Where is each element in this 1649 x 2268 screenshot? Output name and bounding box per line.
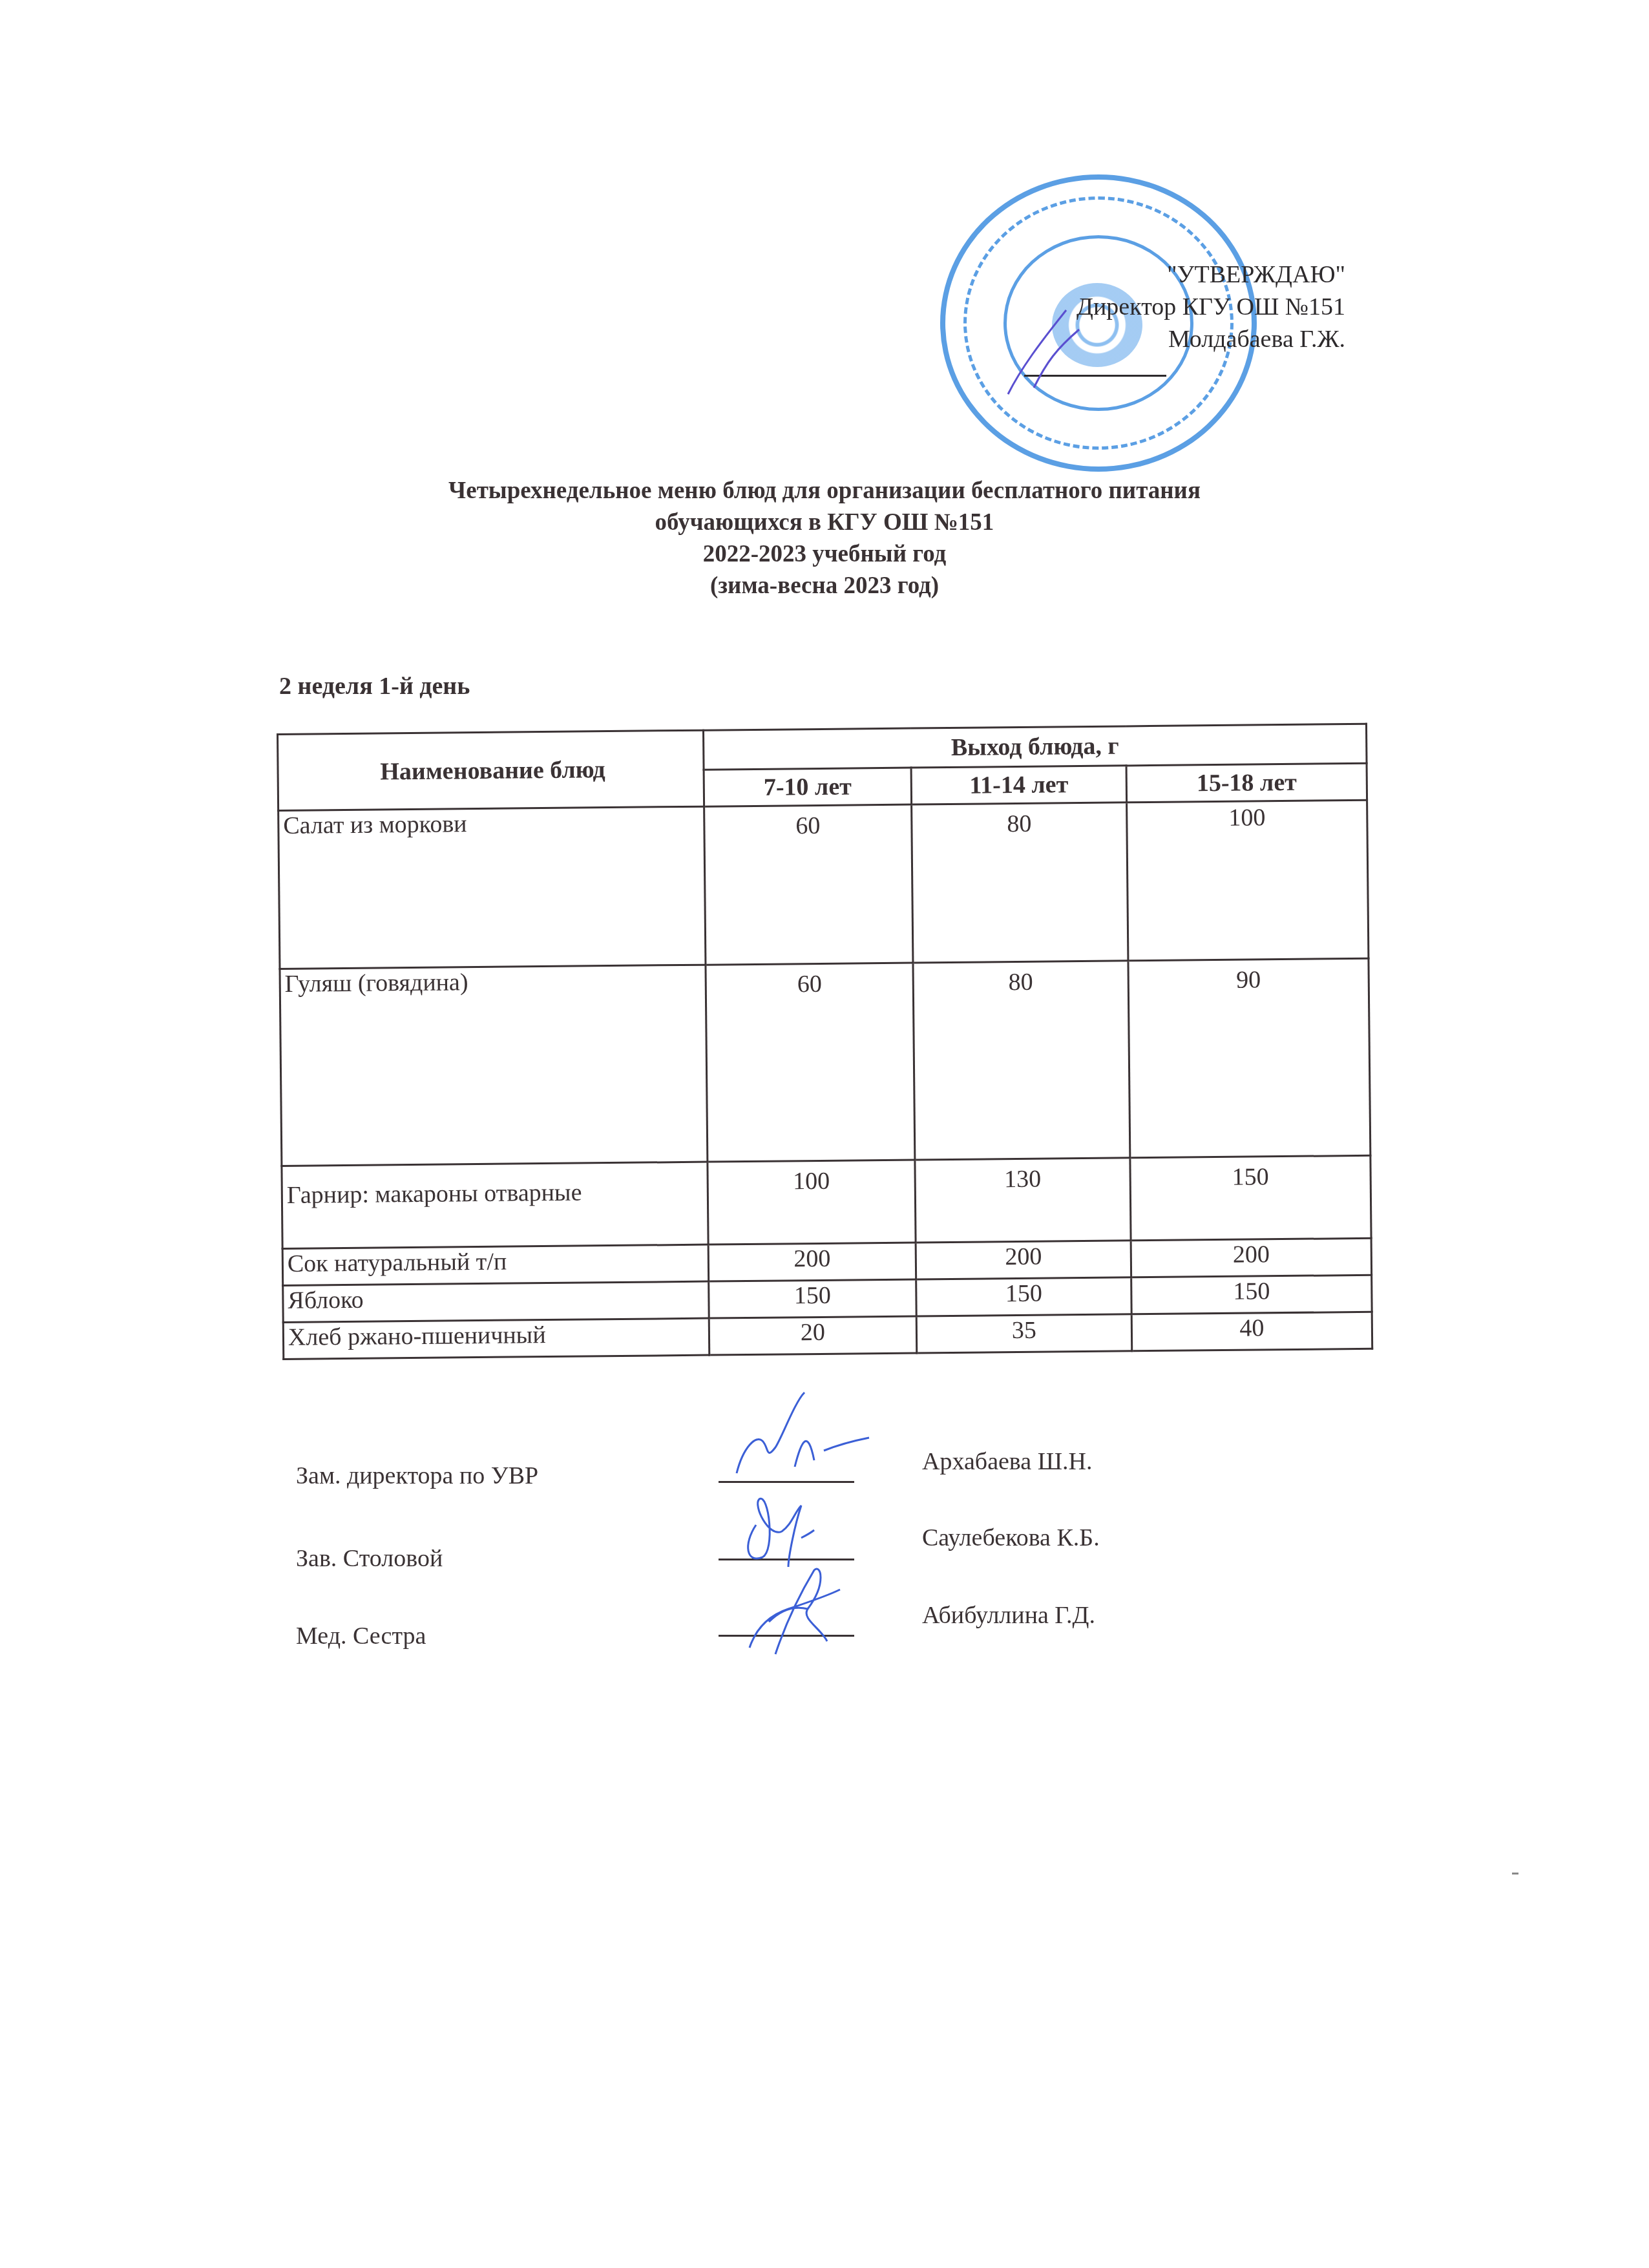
menu-table: Наименование блюд Выход блюда, г 7-10 ле…	[277, 723, 1373, 1360]
yield-value: 150	[1130, 1155, 1371, 1241]
scan-artifact	[1512, 1873, 1518, 1874]
approval-position: Директор КГУ ОШ №151	[1077, 291, 1345, 323]
yield-value: 80	[912, 803, 1128, 963]
table-row: Гуляш (говядина) 60 80 90	[280, 958, 1371, 1166]
dish-name: Яблоко	[283, 1281, 709, 1322]
yield-value: 20	[709, 1316, 917, 1355]
document-title: Четырехнедельное меню блюд для организац…	[0, 475, 1649, 602]
title-line-4: (зима-весна 2023 год)	[0, 570, 1649, 602]
signature-role: Зав. Столовой	[296, 1544, 443, 1573]
yield-value: 100	[1127, 800, 1369, 961]
header-age-7-10: 7-10 лет	[704, 768, 912, 806]
signature-name: Саулебекова К.Б.	[922, 1524, 1100, 1552]
table-row: Салат из моркови 60 80 100	[278, 800, 1369, 969]
yield-value: 60	[706, 963, 915, 1162]
yield-value: 150	[1131, 1275, 1372, 1314]
director-signature-icon	[995, 304, 1086, 401]
signature-name: Архабаева Ш.Н.	[922, 1447, 1092, 1476]
header-yield: Выход блюда, г	[703, 724, 1367, 770]
header-age-11-14: 11-14 лет	[911, 766, 1127, 804]
yield-value: 200	[916, 1241, 1131, 1279]
yield-value: 35	[916, 1314, 1132, 1353]
dish-name: Гарнир: макароны отварные	[282, 1162, 708, 1248]
dish-name: Сок натуральный т/п	[282, 1244, 709, 1285]
title-line-3: 2022-2023 учебный год	[0, 538, 1649, 570]
yield-value: 200	[1131, 1238, 1372, 1277]
yield-value: 150	[916, 1277, 1132, 1316]
yield-value: 40	[1131, 1312, 1372, 1351]
approval-block: "УТВЕРЖДАЮ" Директор КГУ ОШ №151 Молдаба…	[1077, 258, 1345, 355]
day-label: 2 неделя 1-й день	[279, 672, 470, 700]
yield-value: 90	[1128, 958, 1371, 1158]
signature-scribble-icon	[730, 1389, 872, 1486]
dish-name: Хлеб ржано-пшеничный	[283, 1318, 709, 1359]
title-line-2: обучающихся в КГУ ОШ №151	[0, 507, 1649, 538]
table-row: Гарнир: макароны отварные 100 130 150	[282, 1155, 1371, 1248]
signature-role: Мед. Сестра	[296, 1622, 426, 1650]
yield-value: 130	[915, 1158, 1131, 1243]
signature-scribble-icon	[730, 1564, 872, 1661]
yield-value: 150	[709, 1279, 917, 1318]
dish-name: Салат из моркови	[278, 806, 706, 969]
header-dish-name: Наименование блюд	[278, 730, 704, 810]
approval-heading: "УТВЕРЖДАЮ"	[1077, 258, 1345, 291]
signature-name: Абибуллина Г.Д.	[922, 1601, 1095, 1630]
signature-role: Зам. директора по УВР	[296, 1462, 538, 1490]
yield-value: 200	[708, 1243, 916, 1281]
approval-name: Молдабаева Г.Ж.	[1077, 323, 1345, 355]
yield-value: 100	[708, 1160, 916, 1244]
yield-value: 80	[913, 961, 1130, 1160]
yield-value: 60	[704, 804, 913, 965]
dish-name: Гуляш (говядина)	[280, 965, 708, 1166]
title-line-1: Четырехнедельное меню блюд для организац…	[0, 475, 1649, 507]
header-age-15-18: 15-18 лет	[1126, 763, 1367, 803]
